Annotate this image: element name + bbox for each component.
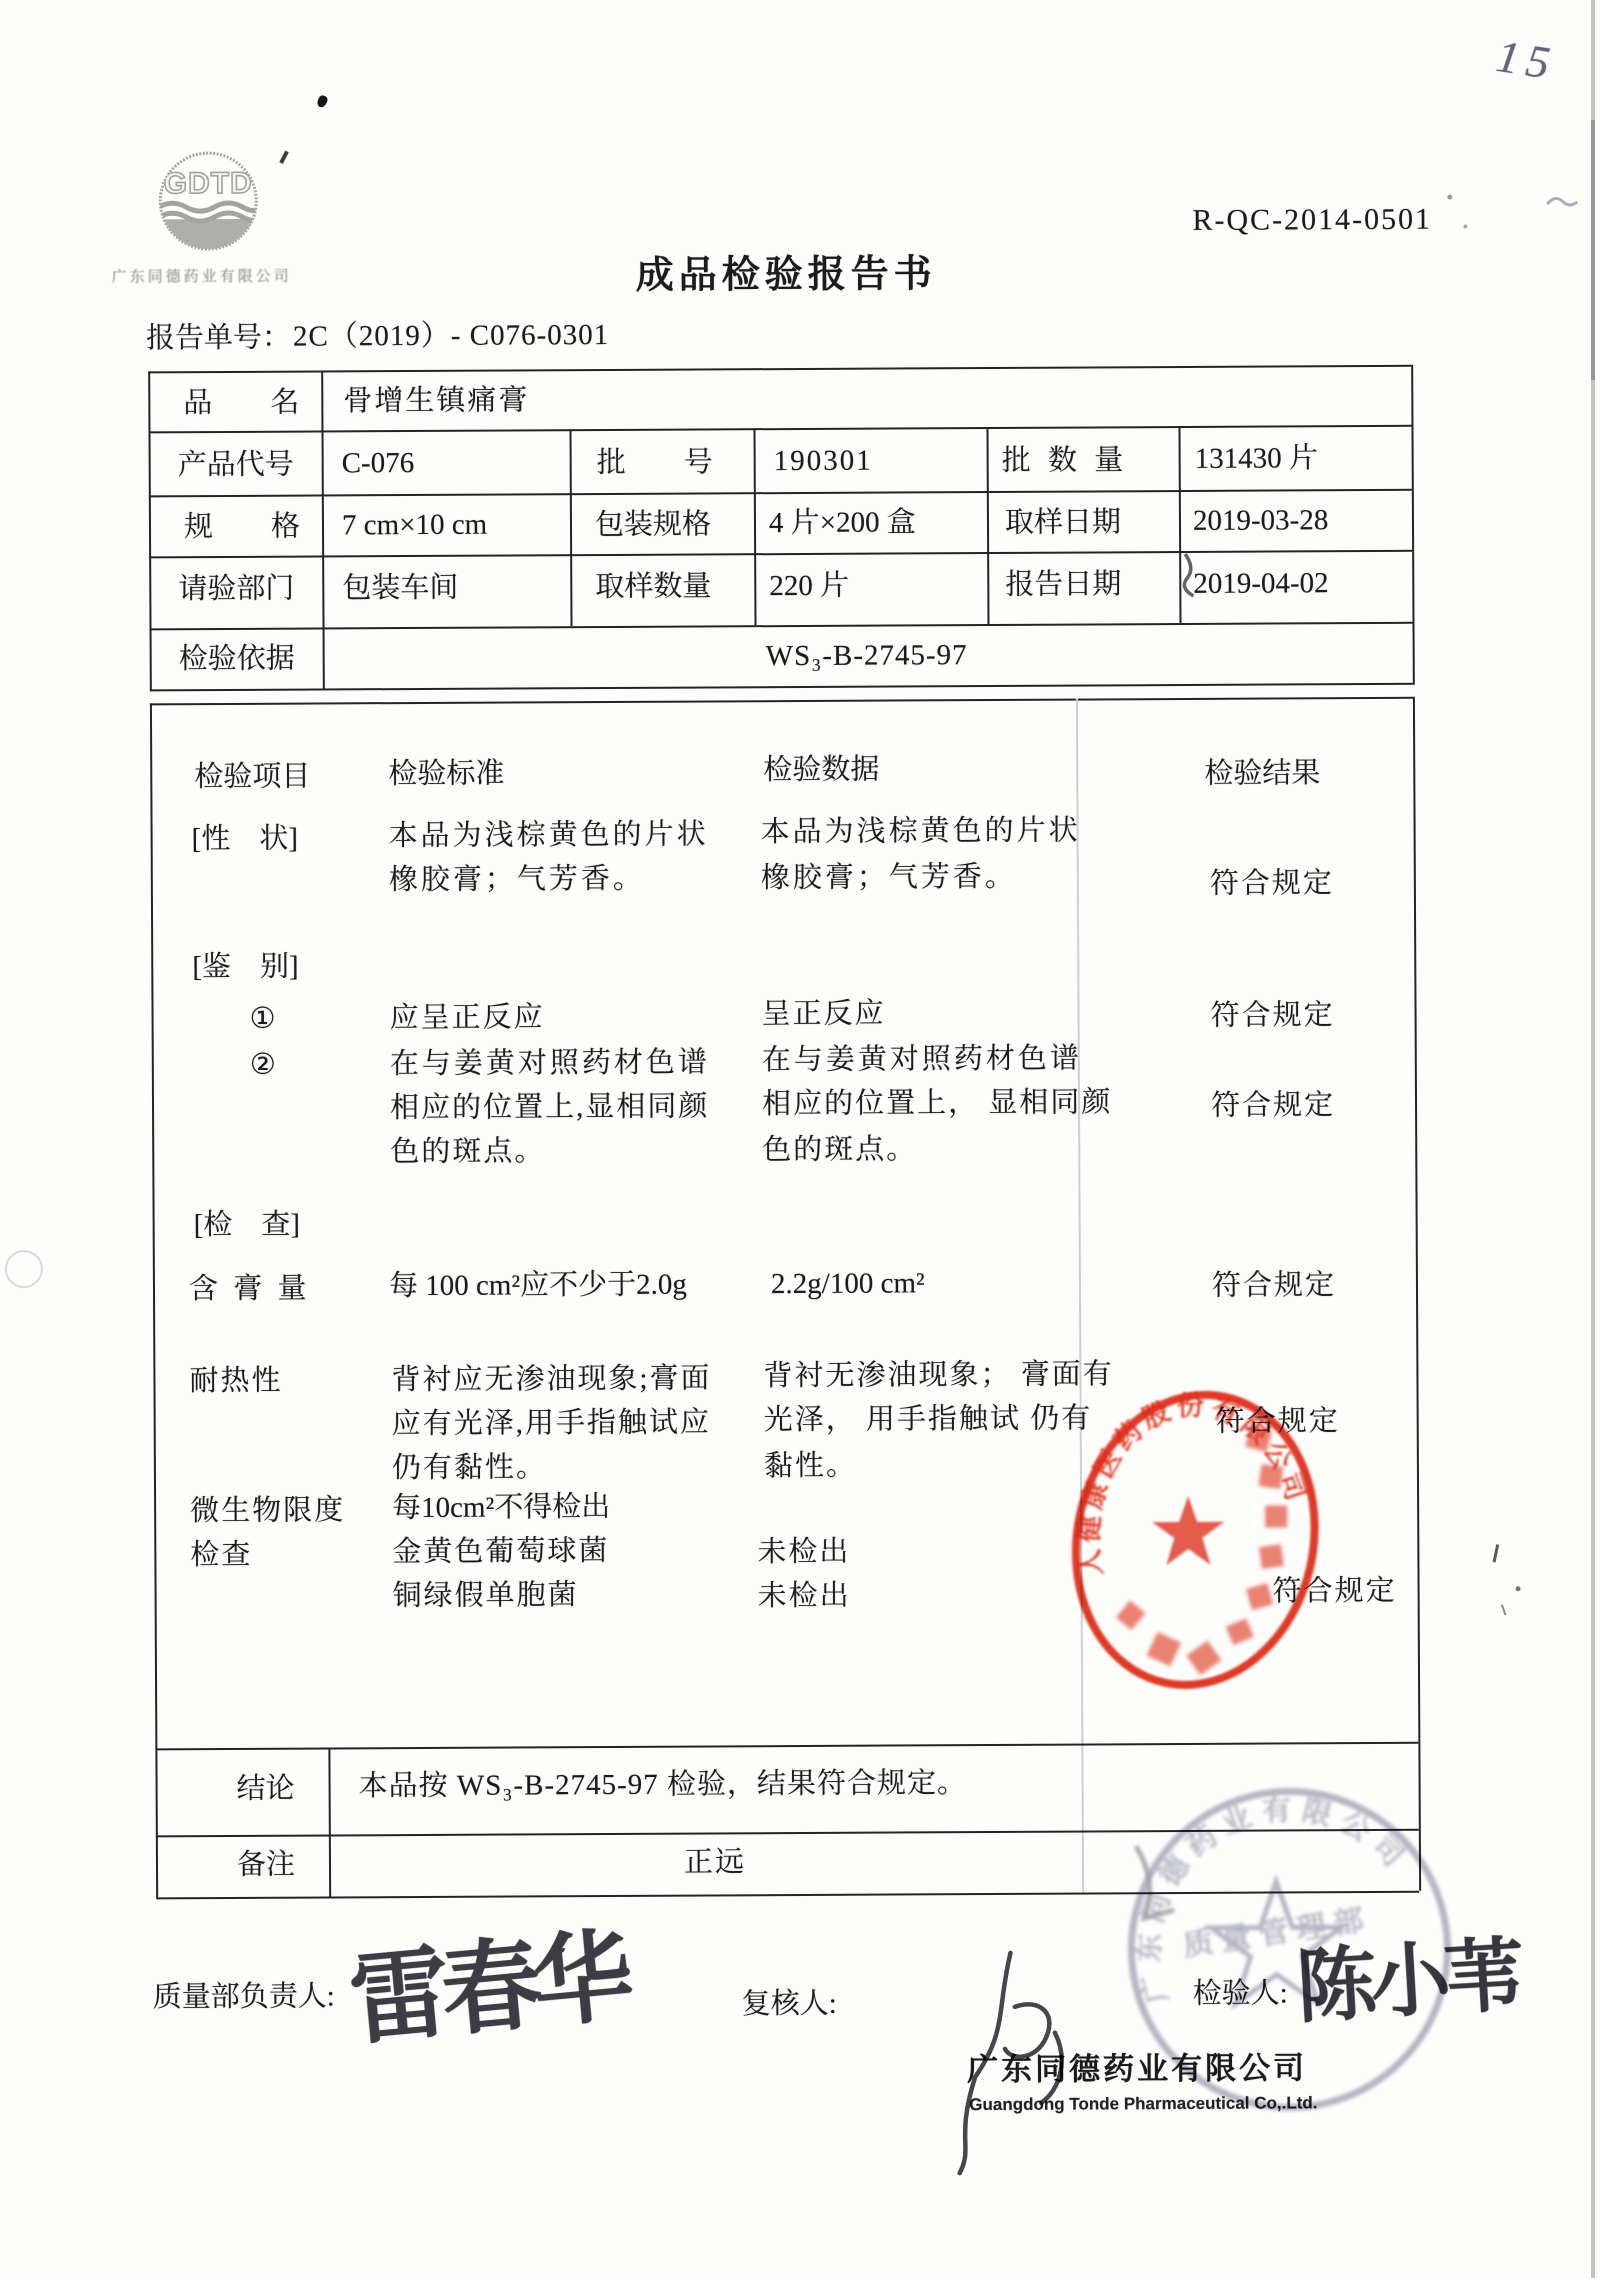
- scan-speck: [1447, 195, 1452, 200]
- reviewer-signature: [958, 1953, 1062, 2174]
- gray-stamp-dept-text: 质量管理部: [1181, 1903, 1374, 1963]
- scan-circle-artifact: [5, 1250, 43, 1288]
- pencil-scribble-artifact: [1547, 198, 1577, 205]
- red-stamp-star-icon: [1152, 1496, 1224, 1565]
- stamps-overlay: 人健康医药股份有限公司 广东同德药业有限公司 质量管理部: [0, 0, 1600, 2278]
- scan-speck: [1516, 1586, 1521, 1591]
- scanned-report-page: 15 GDTD 广东同德药业有限公司 R-QC-2014-0501 成品检验报告…: [0, 0, 1600, 2278]
- pen-squiggle-artifact: [1184, 554, 1193, 596]
- gray-quality-stamp: 广东同德药业有限公司 质量管理部: [1131, 1791, 1449, 2109]
- document-content: 15 GDTD 广东同德药业有限公司 R-QC-2014-0501 成品检验报告…: [0, 0, 1600, 2278]
- scan-speck: [1463, 224, 1467, 228]
- scanner-edge-line-dark: [1591, 120, 1595, 380]
